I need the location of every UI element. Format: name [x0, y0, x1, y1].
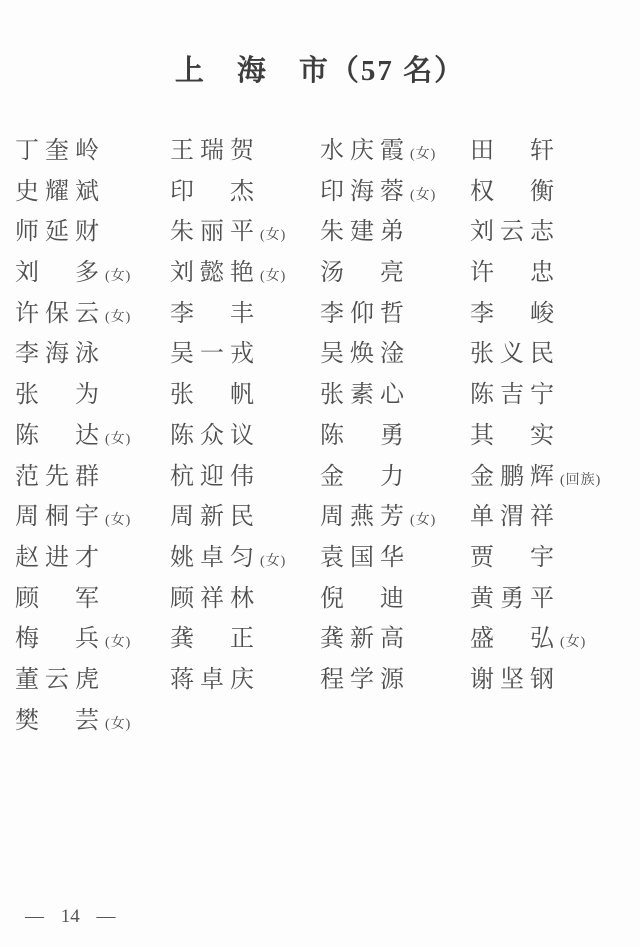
person-name: 张 为 — [15, 382, 105, 408]
person-name: 龚新高 — [320, 626, 410, 652]
person-name: 吴焕淦 — [320, 341, 410, 367]
person-name: 程学源 — [320, 667, 410, 693]
person-name: 王瑞贺 — [170, 138, 260, 164]
person-name: 田 轩 — [470, 138, 560, 164]
gender-ethnicity-annotation: (回族) — [560, 473, 601, 488]
person-name: 陈众议 — [170, 423, 260, 449]
name-entry: 史耀斌 — [15, 172, 170, 213]
person-name: 陈吉宁 — [470, 382, 560, 408]
person-name: 李仰哲 — [320, 301, 410, 327]
person-name: 赵进才 — [15, 545, 105, 571]
name-entry: 龚 正 — [170, 619, 320, 660]
name-entry: 范先群 — [15, 457, 170, 498]
name-entry: 李海泳 — [15, 334, 170, 375]
person-name: 朱丽平 — [170, 219, 260, 245]
person-name: 姚卓匀 — [170, 545, 260, 571]
name-entry: 田 轩 — [470, 131, 640, 172]
person-name: 李 峻 — [470, 301, 560, 327]
name-entry: 陈 达(女) — [15, 416, 170, 457]
person-name: 顾祥林 — [170, 586, 260, 612]
name-entry: 刘 多(女) — [15, 253, 170, 294]
person-name: 杭迎伟 — [170, 464, 260, 490]
person-name: 其 实 — [470, 423, 560, 449]
name-entry: 张 帆 — [170, 375, 320, 416]
name-entry: 朱建弟 — [320, 212, 470, 253]
name-entry: 梅 兵(女) — [15, 619, 170, 660]
name-entry: 周燕芳(女) — [320, 497, 470, 538]
name-entry: 陈众议 — [170, 416, 320, 457]
name-entry: 权 衡 — [470, 172, 640, 213]
gender-ethnicity-annotation: (女) — [260, 228, 286, 243]
empty-cell — [470, 701, 640, 742]
person-name: 张义民 — [470, 341, 560, 367]
name-entry: 黄勇平 — [470, 579, 640, 620]
person-name: 黄勇平 — [470, 586, 560, 612]
name-entry: 周桐宇(女) — [15, 497, 170, 538]
name-entry: 金 力 — [320, 457, 470, 498]
name-entry: 蒋卓庆 — [170, 660, 320, 701]
name-entry: 陈吉宁 — [470, 375, 640, 416]
name-entry: 许 忠 — [470, 253, 640, 294]
name-entry: 刘云志 — [470, 212, 640, 253]
name-entry: 张素心 — [320, 375, 470, 416]
person-name: 蒋卓庆 — [170, 667, 260, 693]
gender-ethnicity-annotation: (女) — [560, 635, 586, 650]
name-entry: 谢坚钢 — [470, 660, 640, 701]
name-entry: 吴焕淦 — [320, 334, 470, 375]
name-entry: 李 丰 — [170, 294, 320, 335]
name-entry: 吴一戎 — [170, 334, 320, 375]
name-entry: 朱丽平(女) — [170, 212, 320, 253]
name-entry: 樊 芸(女) — [15, 701, 170, 742]
person-name: 史耀斌 — [15, 179, 105, 205]
person-name: 金 力 — [320, 464, 410, 490]
name-entry: 刘懿艳(女) — [170, 253, 320, 294]
person-name: 张素心 — [320, 382, 410, 408]
person-name: 朱建弟 — [320, 219, 410, 245]
person-name: 陈 达 — [15, 423, 105, 449]
person-name: 刘云志 — [470, 219, 560, 245]
name-entry: 印 杰 — [170, 172, 320, 213]
person-name: 贾 宇 — [470, 545, 560, 571]
person-name: 李海泳 — [15, 341, 105, 367]
name-entry: 汤 亮 — [320, 253, 470, 294]
name-entry: 印海蓉(女) — [320, 172, 470, 213]
person-name: 汤 亮 — [320, 260, 410, 286]
name-entry: 水庆霞(女) — [320, 131, 470, 172]
person-name: 印 杰 — [170, 179, 260, 205]
empty-cell — [170, 701, 320, 742]
gender-ethnicity-annotation: (女) — [105, 310, 131, 325]
name-entry: 龚新高 — [320, 619, 470, 660]
name-entry: 袁国华 — [320, 538, 470, 579]
person-name: 樊 芸 — [15, 708, 105, 734]
page-number: — 14 — — [25, 906, 116, 928]
name-entry: 陈 勇 — [320, 416, 470, 457]
person-name: 权 衡 — [470, 179, 560, 205]
name-entry: 许保云(女) — [15, 294, 170, 335]
name-entry: 顾 军 — [15, 579, 170, 620]
name-entry: 金鹏辉(回族) — [470, 457, 640, 498]
name-entry: 姚卓匀(女) — [170, 538, 320, 579]
name-entry: 杭迎伟 — [170, 457, 320, 498]
name-entry: 李 峻 — [470, 294, 640, 335]
name-entry: 盛 弘(女) — [470, 619, 640, 660]
gender-ethnicity-annotation: (女) — [410, 188, 436, 203]
person-name: 许 忠 — [470, 260, 560, 286]
person-name: 周桐宇 — [15, 504, 105, 530]
name-list: 丁奎岭王瑞贺水庆霞(女)田 轩史耀斌印 杰印海蓉(女)权 衡师延财朱丽平(女)朱… — [15, 131, 640, 741]
name-entry: 单渭祥 — [470, 497, 640, 538]
name-entry: 王瑞贺 — [170, 131, 320, 172]
person-name: 梅 兵 — [15, 626, 105, 652]
person-name: 刘懿艳 — [170, 260, 260, 286]
page-title: 上 海 市（57 名） — [0, 48, 640, 89]
person-name: 袁国华 — [320, 545, 410, 571]
person-name: 顾 军 — [15, 586, 105, 612]
name-entry: 师延财 — [15, 212, 170, 253]
person-name: 谢坚钢 — [470, 667, 560, 693]
person-name: 陈 勇 — [320, 423, 410, 449]
person-name: 倪 迪 — [320, 586, 410, 612]
empty-cell — [320, 701, 470, 742]
name-entry: 董云虎 — [15, 660, 170, 701]
person-name: 李 丰 — [170, 301, 260, 327]
name-entry: 张义民 — [470, 334, 640, 375]
name-entry: 张 为 — [15, 375, 170, 416]
name-entry: 其 实 — [470, 416, 640, 457]
name-entry: 顾祥林 — [170, 579, 320, 620]
name-entry: 贾 宇 — [470, 538, 640, 579]
person-name: 刘 多 — [15, 260, 105, 286]
person-name: 盛 弘 — [470, 626, 560, 652]
person-name: 金鹏辉 — [470, 464, 560, 490]
gender-ethnicity-annotation: (女) — [410, 513, 436, 528]
person-name: 周燕芳 — [320, 504, 410, 530]
person-name: 丁奎岭 — [15, 138, 105, 164]
gender-ethnicity-annotation: (女) — [105, 513, 131, 528]
name-entry: 周新民 — [170, 497, 320, 538]
person-name: 印海蓉 — [320, 179, 410, 205]
name-entry: 丁奎岭 — [15, 131, 170, 172]
document-page: { "page": { "title": "上 海 市（57 名）", "foo… — [0, 0, 640, 947]
gender-ethnicity-annotation: (女) — [410, 147, 436, 162]
gender-ethnicity-annotation: (女) — [260, 554, 286, 569]
gender-ethnicity-annotation: (女) — [105, 635, 131, 650]
person-name: 单渭祥 — [470, 504, 560, 530]
person-name: 许保云 — [15, 301, 105, 327]
person-name: 水庆霞 — [320, 138, 410, 164]
person-name: 周新民 — [170, 504, 260, 530]
gender-ethnicity-annotation: (女) — [105, 717, 131, 732]
person-name: 范先群 — [15, 464, 105, 490]
person-name: 龚 正 — [170, 626, 260, 652]
person-name: 张 帆 — [170, 382, 260, 408]
person-name: 吴一戎 — [170, 341, 260, 367]
name-entry: 赵进才 — [15, 538, 170, 579]
person-name: 董云虎 — [15, 667, 105, 693]
name-entry: 倪 迪 — [320, 579, 470, 620]
name-entry: 程学源 — [320, 660, 470, 701]
gender-ethnicity-annotation: (女) — [105, 269, 131, 284]
person-name: 师延财 — [15, 219, 105, 245]
gender-ethnicity-annotation: (女) — [105, 432, 131, 447]
gender-ethnicity-annotation: (女) — [260, 269, 286, 284]
name-entry: 李仰哲 — [320, 294, 470, 335]
